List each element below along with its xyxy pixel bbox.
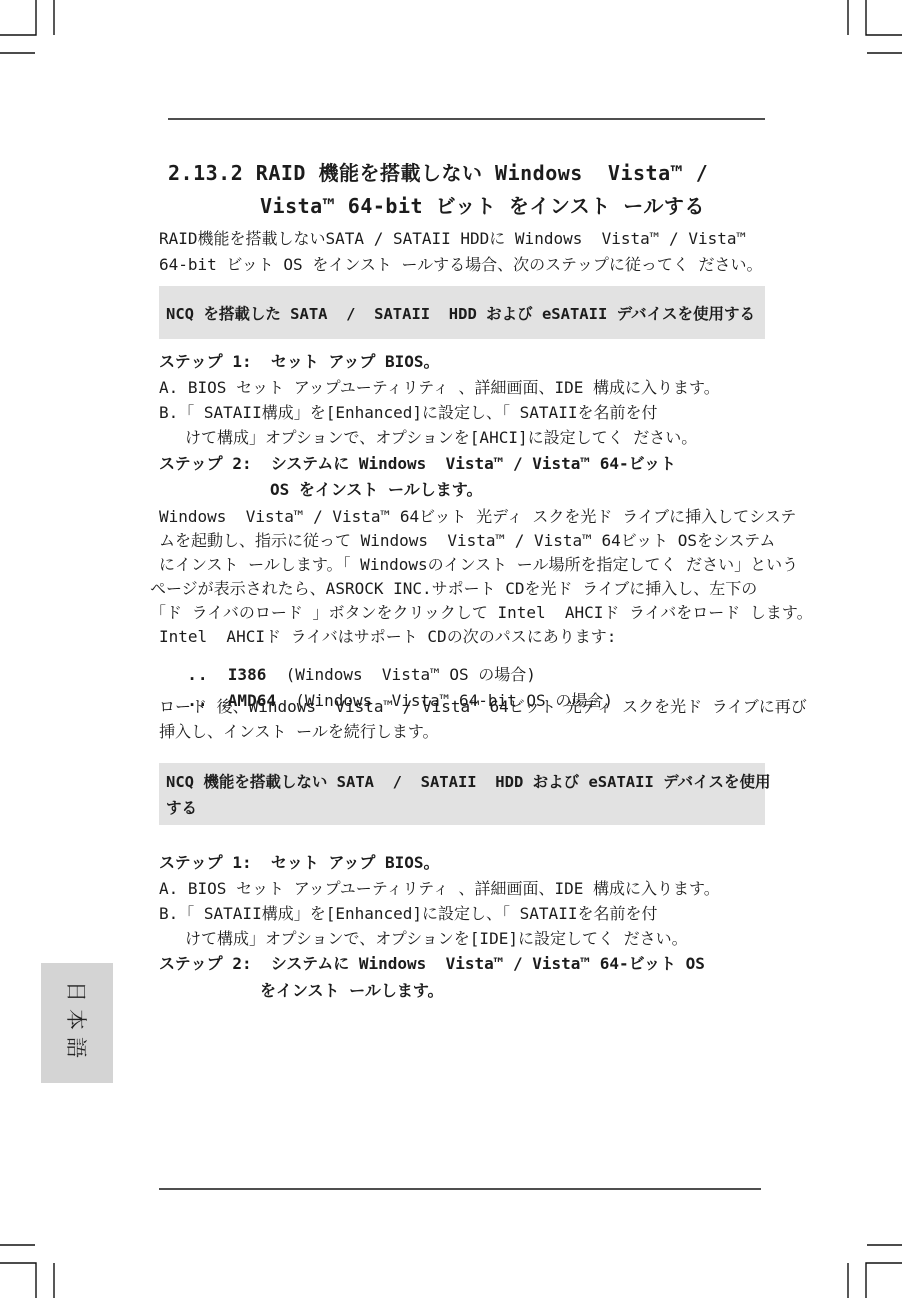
- language-tab-label: 日本語: [62, 981, 92, 1065]
- intro-line-2: 64-bit ビット OS をインスト ールする場合、次のステップに従ってく だ…: [159, 255, 762, 275]
- ncq-banner-2-line-1: NCQ 機能を搭載しない SATA / SATAII HDD および eSATA…: [159, 763, 765, 795]
- s1-step2-heading-1: ステップ 2: システムに Windows Vista™ / Vista™ 64…: [159, 454, 676, 474]
- s1-tail-line-2: 挿入し、インスト ールを続行します。: [159, 722, 439, 742]
- ncq-banner-2: NCQ 機能を搭載しない SATA / SATAII HDD および eSATA…: [159, 763, 765, 825]
- ncq-banner-1: NCQ を搭載した SATA / SATAII HDD および eSATAII …: [159, 286, 765, 339]
- page-title-line-2: Vista™ 64-bit ビット をインスト ールする: [260, 190, 705, 219]
- s1-step2-heading-2: OS をインスト ールします。: [270, 480, 482, 500]
- s1-para-line-5: 「ド ライバのロード 」ボタンをクリックして Intel AHCIド ライバをロ…: [150, 601, 813, 625]
- s2-step1-heading: ステップ 1: セット アップ BIOS。: [159, 853, 440, 873]
- s2-step1-item-a: A. BIOS セット アップユーティリティ 、詳細画面、IDE 構成に入ります…: [159, 879, 720, 899]
- s1-paragraph: Windows Vista™ / Vista™ 64ビット 光ディ スクを光ド …: [159, 505, 813, 649]
- s2-step2-heading-1: ステップ 2: システムに Windows Vista™ / Vista™ 64…: [159, 954, 705, 974]
- s2-step1-item-b2: けて構成」オプションで、オプションを[IDE]に設定してく ださい。: [185, 929, 688, 949]
- s1-tail-line-1: ロード 後、Windows Vista™ / Vista™ 64ビット 光ディ …: [159, 697, 807, 717]
- s1-step1-item-a: A. BIOS セット アップユーティリティ 、詳細画面、IDE 構成に入ります…: [159, 378, 720, 398]
- bottom-rule: [159, 1188, 761, 1190]
- s1-step1-heading: ステップ 1: セット アップ BIOS。: [159, 352, 440, 372]
- s2-step2-heading-2: をインスト ールします。: [260, 981, 444, 1001]
- ncq-banner-2-line-2: する: [159, 795, 765, 821]
- s1-para-line-1: Windows Vista™ / Vista™ 64ビット 光ディ スクを光ド …: [159, 505, 813, 529]
- page-title-line-1: 2.13.2 RAID 機能を搭載しない Windows Vista™ /: [168, 157, 708, 186]
- ncq-banner-1-text: NCQ を搭載した SATA / SATAII HDD および eSATAII …: [159, 302, 755, 324]
- intro-line-1: RAID機能を搭載しないSATA / SATAII HDDに Windows V…: [159, 229, 746, 249]
- s1-para-line-4: ページが表示されたら、ASROCK INC.サポート CDを光ド ライブに挿入し…: [150, 577, 813, 601]
- language-tab-japanese: 日本語: [41, 963, 113, 1083]
- s1-para-line-2: ムを起動し、指示に従って Windows Vista™ / Vista™ 64ビ…: [159, 529, 813, 553]
- s2-step1-item-b1: B.「 SATAII構成」を[Enhanced]に設定し、「 SATAIIを名前…: [159, 904, 657, 924]
- top-rule: [168, 118, 765, 120]
- s1-step1-item-b1: B.「 SATAII構成」を[Enhanced]に設定し、「 SATAIIを名前…: [159, 403, 657, 423]
- s1-para-line-3: にインスト ールします。「 Windowsのインスト ール場所を指定してく ださ…: [159, 553, 813, 577]
- s1-step1-item-b2: けて構成」オプションで、オプションを[AHCI]に設定してく ださい。: [185, 428, 697, 448]
